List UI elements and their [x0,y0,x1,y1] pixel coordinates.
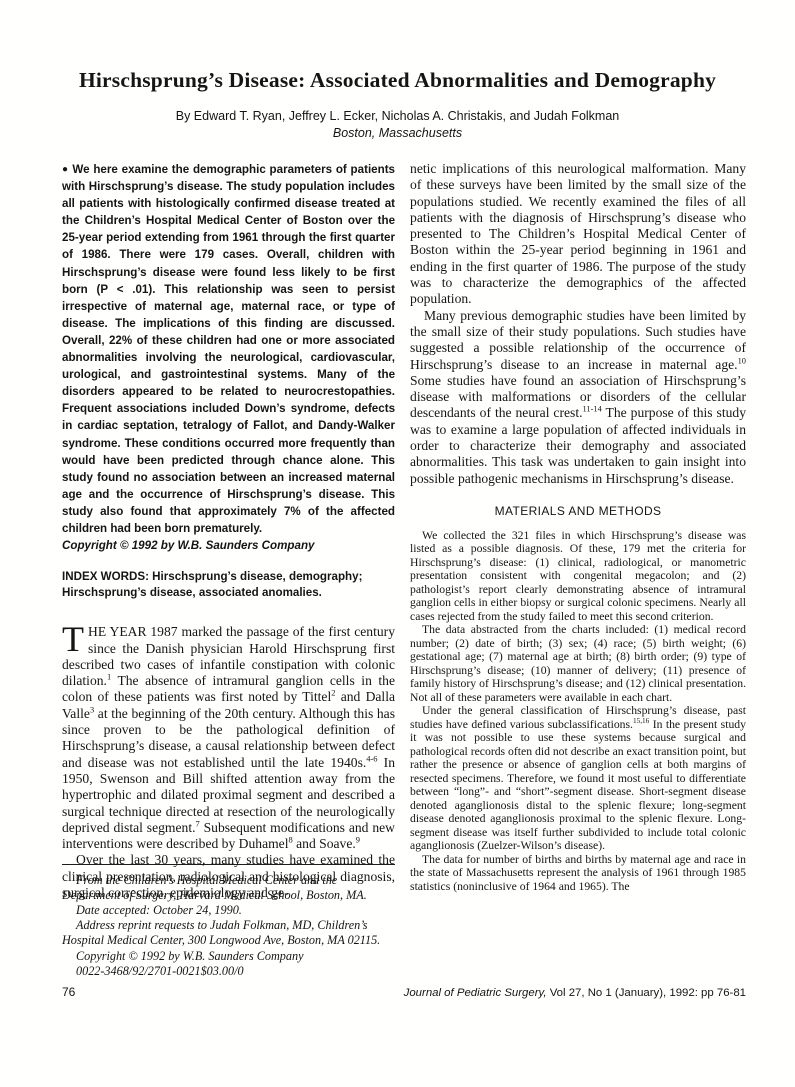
paragraph: The data for number of births and births… [410,853,746,894]
paragraph: netic implications of this neurological … [410,161,746,308]
journal-citation: Journal of Pediatric Surgery, Vol 27, No… [404,987,746,999]
methods-text: We collected the 321 files in which Hirs… [410,529,746,894]
right-column: netic implications of this neurological … [410,161,746,979]
two-column-body: ● We here examine the demographic parame… [0,161,795,979]
paragraph: The data abstracted from the charts incl… [410,623,746,704]
left-column: ● We here examine the demographic parame… [62,161,395,979]
paragraph: THE YEAR 1987 marked the passage of the … [62,624,395,852]
journal-name: Journal of Pediatric Surgery, [404,987,547,999]
footnote-issn-code: 0022-3468/92/2701-0021$03.00/0 [62,964,395,979]
paragraph-text: HE YEAR 1987 marked the passage of the f… [62,624,395,851]
page-number: 76 [62,985,75,999]
footnote-reprint-address: Address reprint requests to Judah Folkma… [62,918,395,948]
footnotes: From the Children’s Hospital Medical Cen… [62,873,395,979]
journal-page: Hirschsprung’s Disease: Associated Abnor… [0,0,795,1087]
journal-volume-info: Vol 27, No 1 (January), 1992: pp 76-81 [547,987,746,999]
paragraph: We collected the 321 files in which Hirs… [410,529,746,624]
footnote-block: From the Children’s Hospital Medical Cen… [62,864,395,979]
footnote-affiliation: From the Children’s Hospital Medical Cen… [62,873,395,903]
drop-cap: T [62,624,88,653]
footnote-copyright: Copyright © 1992 by W.B. Saunders Compan… [62,949,395,964]
abstract-text: ● We here examine the demographic parame… [62,161,395,537]
footnote-date-accepted: Date accepted: October 24, 1990. [62,903,395,918]
author-byline: By Edward T. Ryan, Jeffrey L. Ecker, Nic… [0,109,795,123]
footnote-divider [62,864,395,865]
article-title: Hirschsprung’s Disease: Associated Abnor… [0,68,795,93]
author-location: Boston, Massachusetts [0,126,795,140]
index-words: INDEX WORDS: Hirschsprung’s disease, dem… [62,569,395,600]
abstract-body: We here examine the demographic paramete… [62,163,395,535]
page-footer: 76 Journal of Pediatric Surgery, Vol 27,… [0,985,795,999]
paragraph: Many previous demographic studies have b… [410,308,746,487]
introduction-continued: netic implications of this neurological … [410,161,746,487]
bullet-icon: ● [62,164,69,175]
section-heading-materials-and-methods: MATERIALS AND METHODS [410,504,746,518]
article-header: Hirschsprung’s Disease: Associated Abnor… [0,0,795,140]
abstract-copyright: Copyright © 1992 by W.B. Saunders Compan… [62,538,395,554]
introduction-text: THE YEAR 1987 marked the passage of the … [62,624,395,901]
paragraph: Under the general classification of Hirs… [410,704,746,853]
